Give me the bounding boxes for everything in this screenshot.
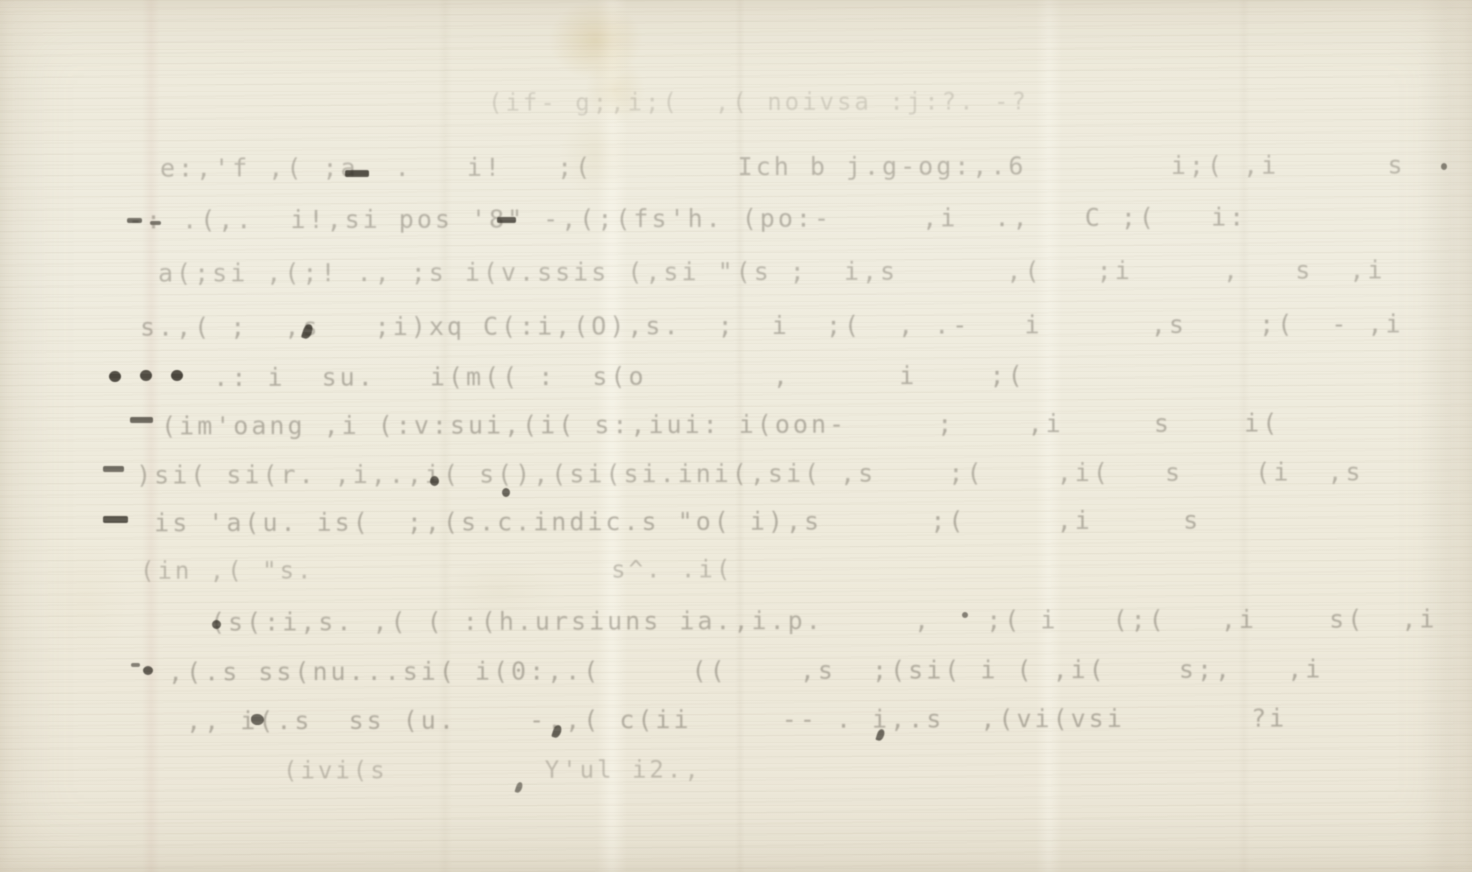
ink-dot-mark bbox=[109, 371, 121, 382]
ink-dot-mark bbox=[171, 370, 183, 381]
ink-blob-mark bbox=[251, 714, 264, 725]
ink-dash-mark bbox=[127, 218, 142, 223]
ink-dash-mark bbox=[130, 417, 153, 423]
ink-dash-mark bbox=[345, 170, 369, 177]
ink-dot-mark bbox=[962, 612, 968, 618]
ink-dash-mark bbox=[103, 516, 128, 523]
ink-mark-layer bbox=[0, 0, 1472, 872]
ink-dot-mark bbox=[502, 488, 510, 497]
ink-dash-mark bbox=[131, 663, 140, 667]
ink-dash-mark bbox=[150, 221, 161, 225]
ink-dot-mark bbox=[212, 620, 221, 629]
ink-dot-mark bbox=[1441, 163, 1447, 170]
ink-dot-mark bbox=[140, 370, 152, 381]
ink-dash-mark bbox=[103, 466, 124, 472]
ink-dash-mark bbox=[497, 217, 516, 223]
ink-dot-mark bbox=[143, 666, 153, 675]
ink-dot-mark bbox=[430, 476, 439, 486]
ink-comma-mark bbox=[875, 728, 885, 742]
scanned-page: (if- g;,i;( ,( noivsa :j:?. -?e:,'f ,( ;… bbox=[0, 0, 1472, 872]
ink-comma-mark bbox=[514, 781, 523, 793]
ink-comma-mark bbox=[301, 323, 314, 340]
ink-comma-mark bbox=[551, 724, 563, 739]
